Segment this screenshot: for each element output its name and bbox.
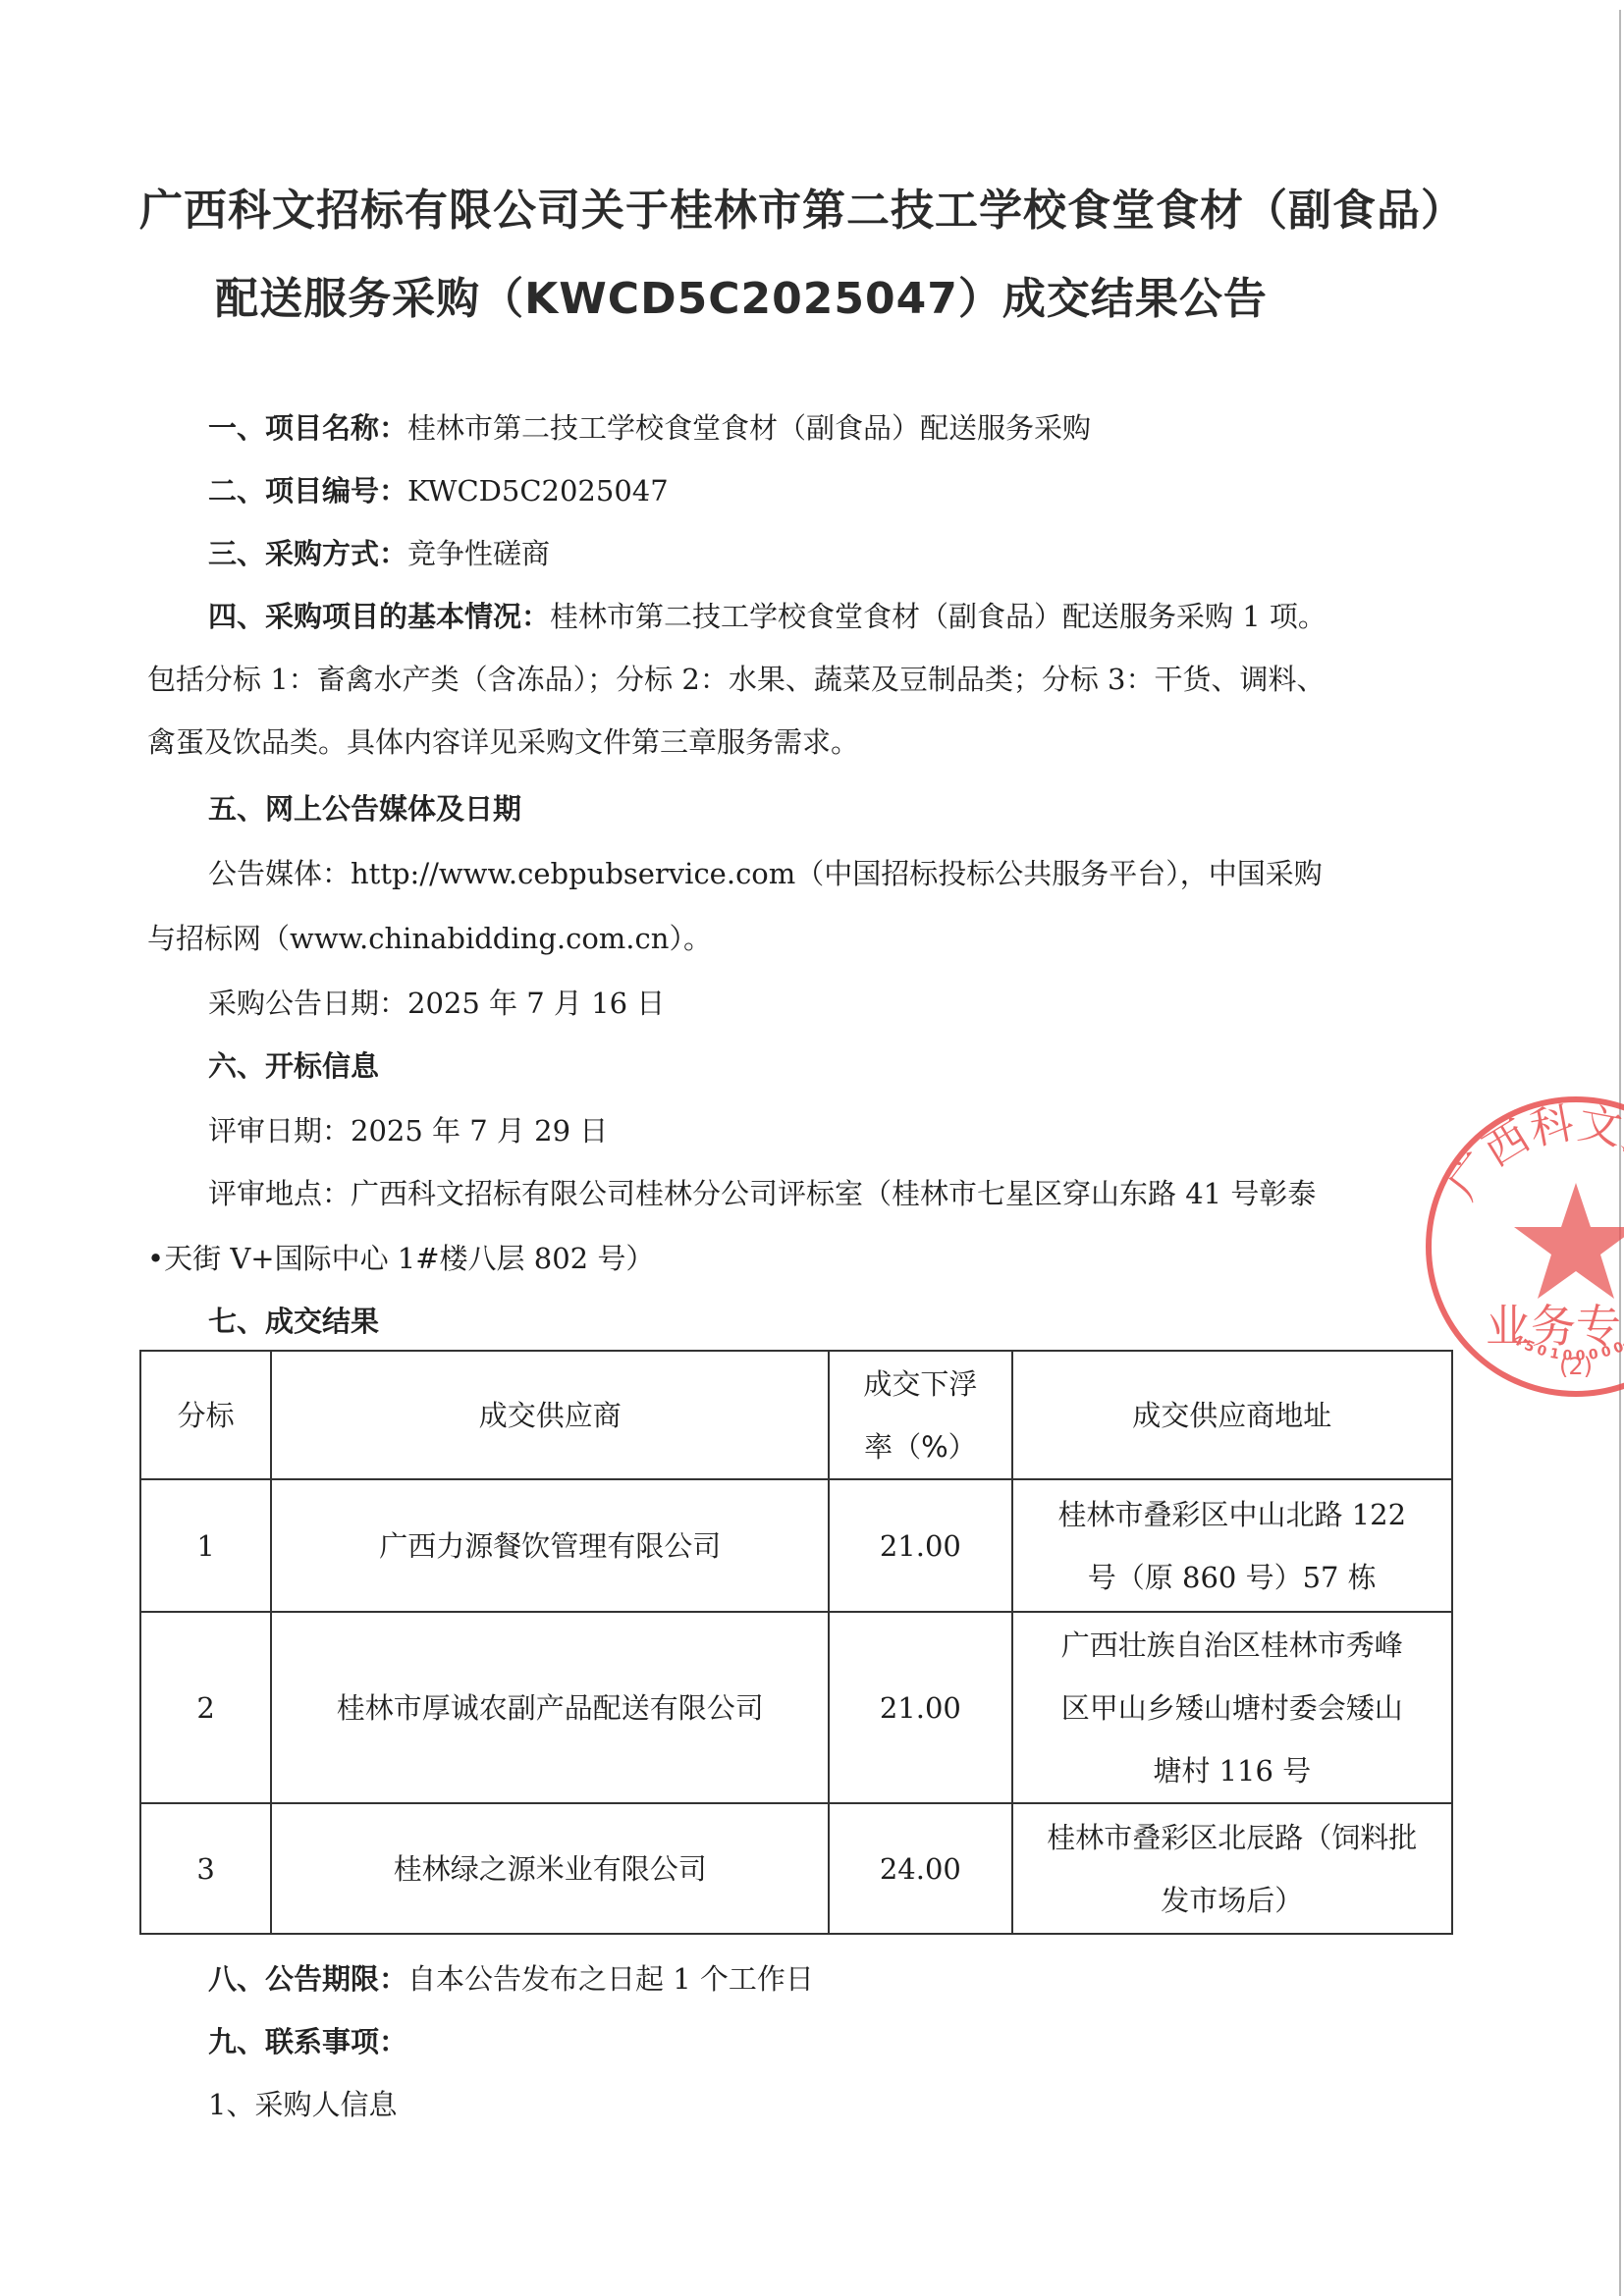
- section-project-number: 二、项目编号：KWCD5C2025047: [208, 473, 669, 508]
- header-rate-line2: 率（%）: [843, 1415, 997, 1478]
- section-notice-period: 八、公告期限：自本公告发布之日起 1 个工作日: [208, 1961, 814, 1997]
- seal-number: (2): [1559, 1353, 1593, 1380]
- contact-purchaser-info: 1、采购人信息: [208, 2087, 397, 2122]
- project-name-value: 桂林市第二技工学校食堂食材（副食品）配送服务采购: [407, 411, 1091, 445]
- section-basic-info: 四、采购项目的基本情况：桂林市第二技工学校食堂食材（副食品）配送服务采购 1 项…: [208, 599, 1326, 634]
- address-line: 桂林市叠彩区中山北路 122: [1027, 1483, 1437, 1546]
- review-location-line2: •天街 V+国际中心 1#楼八层 802 号）: [147, 1241, 654, 1276]
- procurement-method-value: 竞争性磋商: [407, 537, 550, 570]
- address-line: 塘村 116 号: [1027, 1739, 1437, 1802]
- header-rate-line1: 成交下浮: [843, 1353, 997, 1415]
- table-header-row: 分标 成交供应商 成交下浮 率（%） 成交供应商地址: [140, 1351, 1452, 1479]
- page-edge: [1619, 10, 1621, 2296]
- project-number-label: 二、项目编号：: [208, 474, 407, 507]
- cell-address: 桂林市叠彩区北辰路（饲料批 发市场后）: [1012, 1803, 1452, 1934]
- header-address: 成交供应商地址: [1012, 1351, 1452, 1479]
- table-row: 2 桂林市厚诚农副产品配送有限公司 21.00 广西壮族自治区桂林市秀峰 区甲山…: [140, 1612, 1452, 1803]
- cell-lot: 1: [140, 1479, 271, 1612]
- document-title-line1: 广西科文招标有限公司关于桂林市第二技工学校食堂食材（副食品）: [0, 175, 1614, 238]
- procurement-method-label: 三、采购方式：: [208, 537, 407, 570]
- address-line: 桂林市叠彩区北辰路（饲料批: [1027, 1806, 1437, 1869]
- seal-serial: 4501000004: [1510, 1332, 1624, 1364]
- announcement-date: 采购公告日期：2025 年 7 月 16 日: [208, 986, 665, 1021]
- cell-rate: 21.00: [829, 1612, 1011, 1803]
- media-line1: 公告媒体：http://www.cebpubservice.com（中国招标投标…: [208, 856, 1323, 891]
- cell-lot: 2: [140, 1612, 271, 1803]
- section-media-heading: 五、网上公告媒体及日期: [208, 791, 521, 827]
- header-supplier: 成交供应商: [271, 1351, 829, 1479]
- media-line2: 与招标网（www.chinabidding.com.cn）。: [147, 921, 712, 956]
- cell-supplier: 桂林绿之源米业有限公司: [271, 1803, 829, 1934]
- cell-supplier: 桂林市厚诚农副产品配送有限公司: [271, 1612, 829, 1803]
- notice-period-value: 自本公告发布之日起 1 个工作日: [407, 1962, 814, 1996]
- address-line: 区甲山乡矮山塘村委会矮山: [1027, 1677, 1437, 1739]
- cell-address: 广西壮族自治区桂林市秀峰 区甲山乡矮山塘村委会矮山 塘村 116 号: [1012, 1612, 1452, 1803]
- review-date: 评审日期：2025 年 7 月 29 日: [208, 1113, 608, 1148]
- basic-info-line2: 包括分标 1：畜禽水产类（含冻品）；分标 2：水果、蔬菜及豆制品类；分标 3：干…: [147, 662, 1326, 697]
- header-rate: 成交下浮 率（%）: [829, 1351, 1011, 1479]
- cell-address: 桂林市叠彩区中山北路 122 号（原 860 号）57 栋: [1012, 1479, 1452, 1612]
- basic-info-line3: 禽蛋及饮品类。具体内容详见采购文件第三章服务需求。: [147, 724, 859, 760]
- address-line: 号（原 860 号）57 栋: [1027, 1546, 1437, 1609]
- table-row: 3 桂林绿之源米业有限公司 24.00 桂林市叠彩区北辰路（饲料批 发市场后）: [140, 1803, 1452, 1934]
- document-title-line2: 配送服务采购（KWCD5C2025047）成交结果公告: [0, 263, 1553, 326]
- header-lot: 分标: [140, 1351, 271, 1479]
- seal-ring: [1429, 1099, 1624, 1394]
- cell-supplier: 广西力源餐饮管理有限公司: [271, 1479, 829, 1612]
- basic-info-line1: 桂林市第二技工学校食堂食材（副食品）配送服务采购 1 项。: [550, 600, 1326, 633]
- address-line: 广西壮族自治区桂林市秀峰: [1027, 1614, 1437, 1677]
- table-row: 1 广西力源餐饮管理有限公司 21.00 桂林市叠彩区中山北路 122 号（原 …: [140, 1479, 1452, 1612]
- project-name-label: 一、项目名称：: [208, 411, 407, 445]
- section-results-heading: 七、成交结果: [208, 1304, 379, 1339]
- project-number-value: KWCD5C2025047: [407, 474, 669, 507]
- cell-rate: 21.00: [829, 1479, 1011, 1612]
- cell-lot: 3: [140, 1803, 271, 1934]
- results-table: 分标 成交供应商 成交下浮 率（%） 成交供应商地址 1 广西力源餐饮管理有限公…: [139, 1350, 1453, 1935]
- address-line: 发市场后）: [1027, 1869, 1437, 1932]
- star-icon: [1514, 1183, 1624, 1299]
- section-contact-heading: 九、联系事项：: [208, 2024, 407, 2059]
- seal-bottom-text: 业务专用: [1486, 1300, 1624, 1353]
- section-opening-heading: 六、开标信息: [208, 1048, 379, 1084]
- section-project-name: 一、项目名称：桂林市第二技工学校食堂食材（副食品）配送服务采购: [208, 410, 1091, 446]
- review-location-line1: 评审地点：广西科文招标有限公司桂林分公司评标室（桂林市七星区穿山东路 41 号彰…: [208, 1176, 1316, 1211]
- seal-top-text: 广西科文招标: [1438, 1098, 1624, 1210]
- notice-period-label: 八、公告期限：: [208, 1962, 407, 1996]
- cell-rate: 24.00: [829, 1803, 1011, 1934]
- basic-info-label: 四、采购项目的基本情况：: [208, 600, 550, 633]
- section-procurement-method: 三、采购方式：竞争性磋商: [208, 536, 550, 571]
